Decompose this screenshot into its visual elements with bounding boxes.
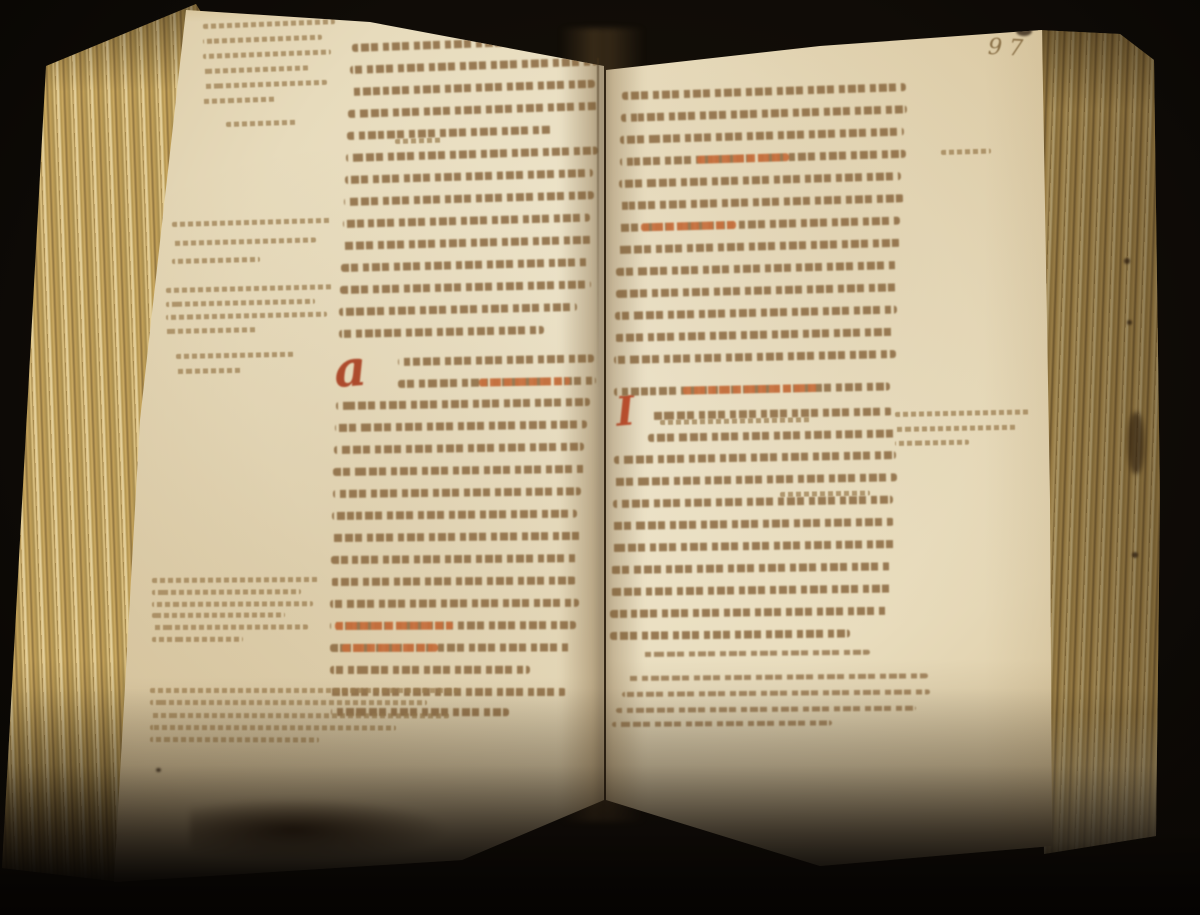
manuscript-text-line	[336, 398, 590, 410]
manuscript-text-line	[339, 303, 577, 316]
manuscript-text-line	[612, 518, 894, 530]
marginal-annotation-line	[203, 49, 331, 58]
manuscript-text-line	[619, 172, 901, 188]
manuscript-text-line	[615, 328, 895, 342]
manuscript-text-line	[648, 429, 898, 442]
folio-number: 97	[987, 35, 1030, 62]
manuscript-text-line	[331, 577, 576, 586]
manuscript-text-line	[614, 451, 896, 464]
manuscript-text-line	[341, 258, 589, 272]
marginal-annotation-line	[941, 149, 991, 155]
manuscript-text-line	[352, 35, 594, 52]
manuscript-photograph: a I 97	[0, 0, 1200, 915]
manuscript-text-line	[613, 473, 897, 486]
marginal-annotation-line	[166, 298, 315, 306]
manuscript-text-line	[621, 105, 907, 122]
marginal-annotation-line	[203, 80, 327, 89]
marginal-annotation-line	[172, 257, 260, 264]
marginal-annotation-line	[152, 589, 301, 594]
edge-stain	[1128, 412, 1144, 474]
left-decorated-initial: a	[332, 343, 369, 396]
marginal-annotation-line	[203, 35, 322, 44]
marginal-annotation-line	[203, 65, 309, 73]
manuscript-text-line	[640, 650, 870, 657]
marginal-annotation-line	[152, 577, 318, 583]
marginal-annotation-line	[152, 613, 285, 618]
manuscript-text-line	[330, 599, 579, 608]
manuscript-text-line	[620, 128, 904, 144]
marginal-annotation-line	[166, 284, 332, 292]
manuscript-text-line	[349, 80, 595, 96]
marginal-annotation-line	[166, 327, 257, 333]
marginal-annotation-line	[226, 120, 296, 127]
marginal-annotation-line	[395, 138, 443, 144]
manuscript-text-line	[610, 629, 850, 640]
manuscript-text-line	[615, 306, 897, 320]
manuscript-text-line	[345, 169, 593, 184]
marginal-annotation-line	[895, 424, 1016, 431]
rubric-text-segment	[697, 153, 789, 164]
manuscript-text-line	[347, 126, 552, 140]
manuscript-text-line	[613, 496, 893, 508]
marginal-annotation-line	[895, 440, 969, 446]
manuscript-text-line	[332, 532, 582, 542]
manuscript-text-line	[614, 350, 896, 364]
manuscript-text-line	[616, 261, 898, 276]
manuscript-text-line	[617, 239, 901, 254]
manuscript-text-line	[616, 283, 900, 298]
manuscript-text-line	[611, 562, 891, 574]
marginal-annotation-line	[166, 312, 327, 320]
wormhole-spot	[1132, 552, 1138, 558]
marginal-annotation-line	[172, 237, 316, 245]
manuscript-text-line	[335, 420, 587, 432]
manuscript-text-line	[339, 326, 544, 338]
manuscript-text-line	[331, 554, 578, 564]
manuscript-text-line	[620, 150, 906, 166]
manuscript-text-line	[340, 280, 591, 294]
marginal-annotation-line	[176, 352, 294, 359]
rubric-text-segment	[335, 622, 453, 630]
manuscript-text-line	[612, 540, 896, 552]
manuscript-text-line	[333, 465, 586, 476]
marginal-annotation-line	[152, 625, 308, 630]
ink-smudge	[1016, 26, 1032, 36]
wormhole-spot	[1127, 320, 1132, 325]
marginal-annotation-line	[203, 97, 276, 104]
manuscript-text-line	[618, 194, 904, 210]
rubric-text-segment	[342, 644, 438, 652]
manuscript-text-line	[614, 382, 890, 396]
manuscript-text-line	[343, 214, 590, 228]
marginal-annotation-line	[203, 19, 335, 28]
manuscript-text-line	[330, 621, 576, 630]
manuscript-text-line	[611, 585, 893, 596]
wormhole-spot	[1124, 258, 1130, 264]
gutter-crease-line	[597, 58, 599, 388]
manuscript-text-line	[333, 487, 581, 498]
manuscript-text-line	[334, 443, 584, 454]
rubric-text-segment	[479, 377, 570, 387]
marginal-annotation-line	[172, 218, 332, 227]
rubric-text-segment	[640, 221, 736, 232]
bottom-shadow	[0, 688, 1200, 915]
manuscript-text-line	[342, 236, 592, 250]
marginal-annotation-line	[152, 601, 313, 606]
manuscript-text-line	[618, 217, 900, 232]
marginal-annotation-line	[152, 637, 243, 642]
manuscript-text-line	[628, 673, 928, 681]
manuscript-text-line	[332, 510, 577, 520]
manuscript-text-line	[610, 607, 888, 618]
rubric-text-segment	[683, 384, 818, 395]
manuscript-text-line	[344, 191, 594, 206]
marginal-annotation-line	[895, 409, 1029, 416]
manuscript-text-line	[622, 83, 906, 100]
manuscript-text-line	[330, 666, 530, 674]
marginal-annotation-line	[176, 368, 241, 374]
manuscript-text-line	[330, 643, 571, 652]
